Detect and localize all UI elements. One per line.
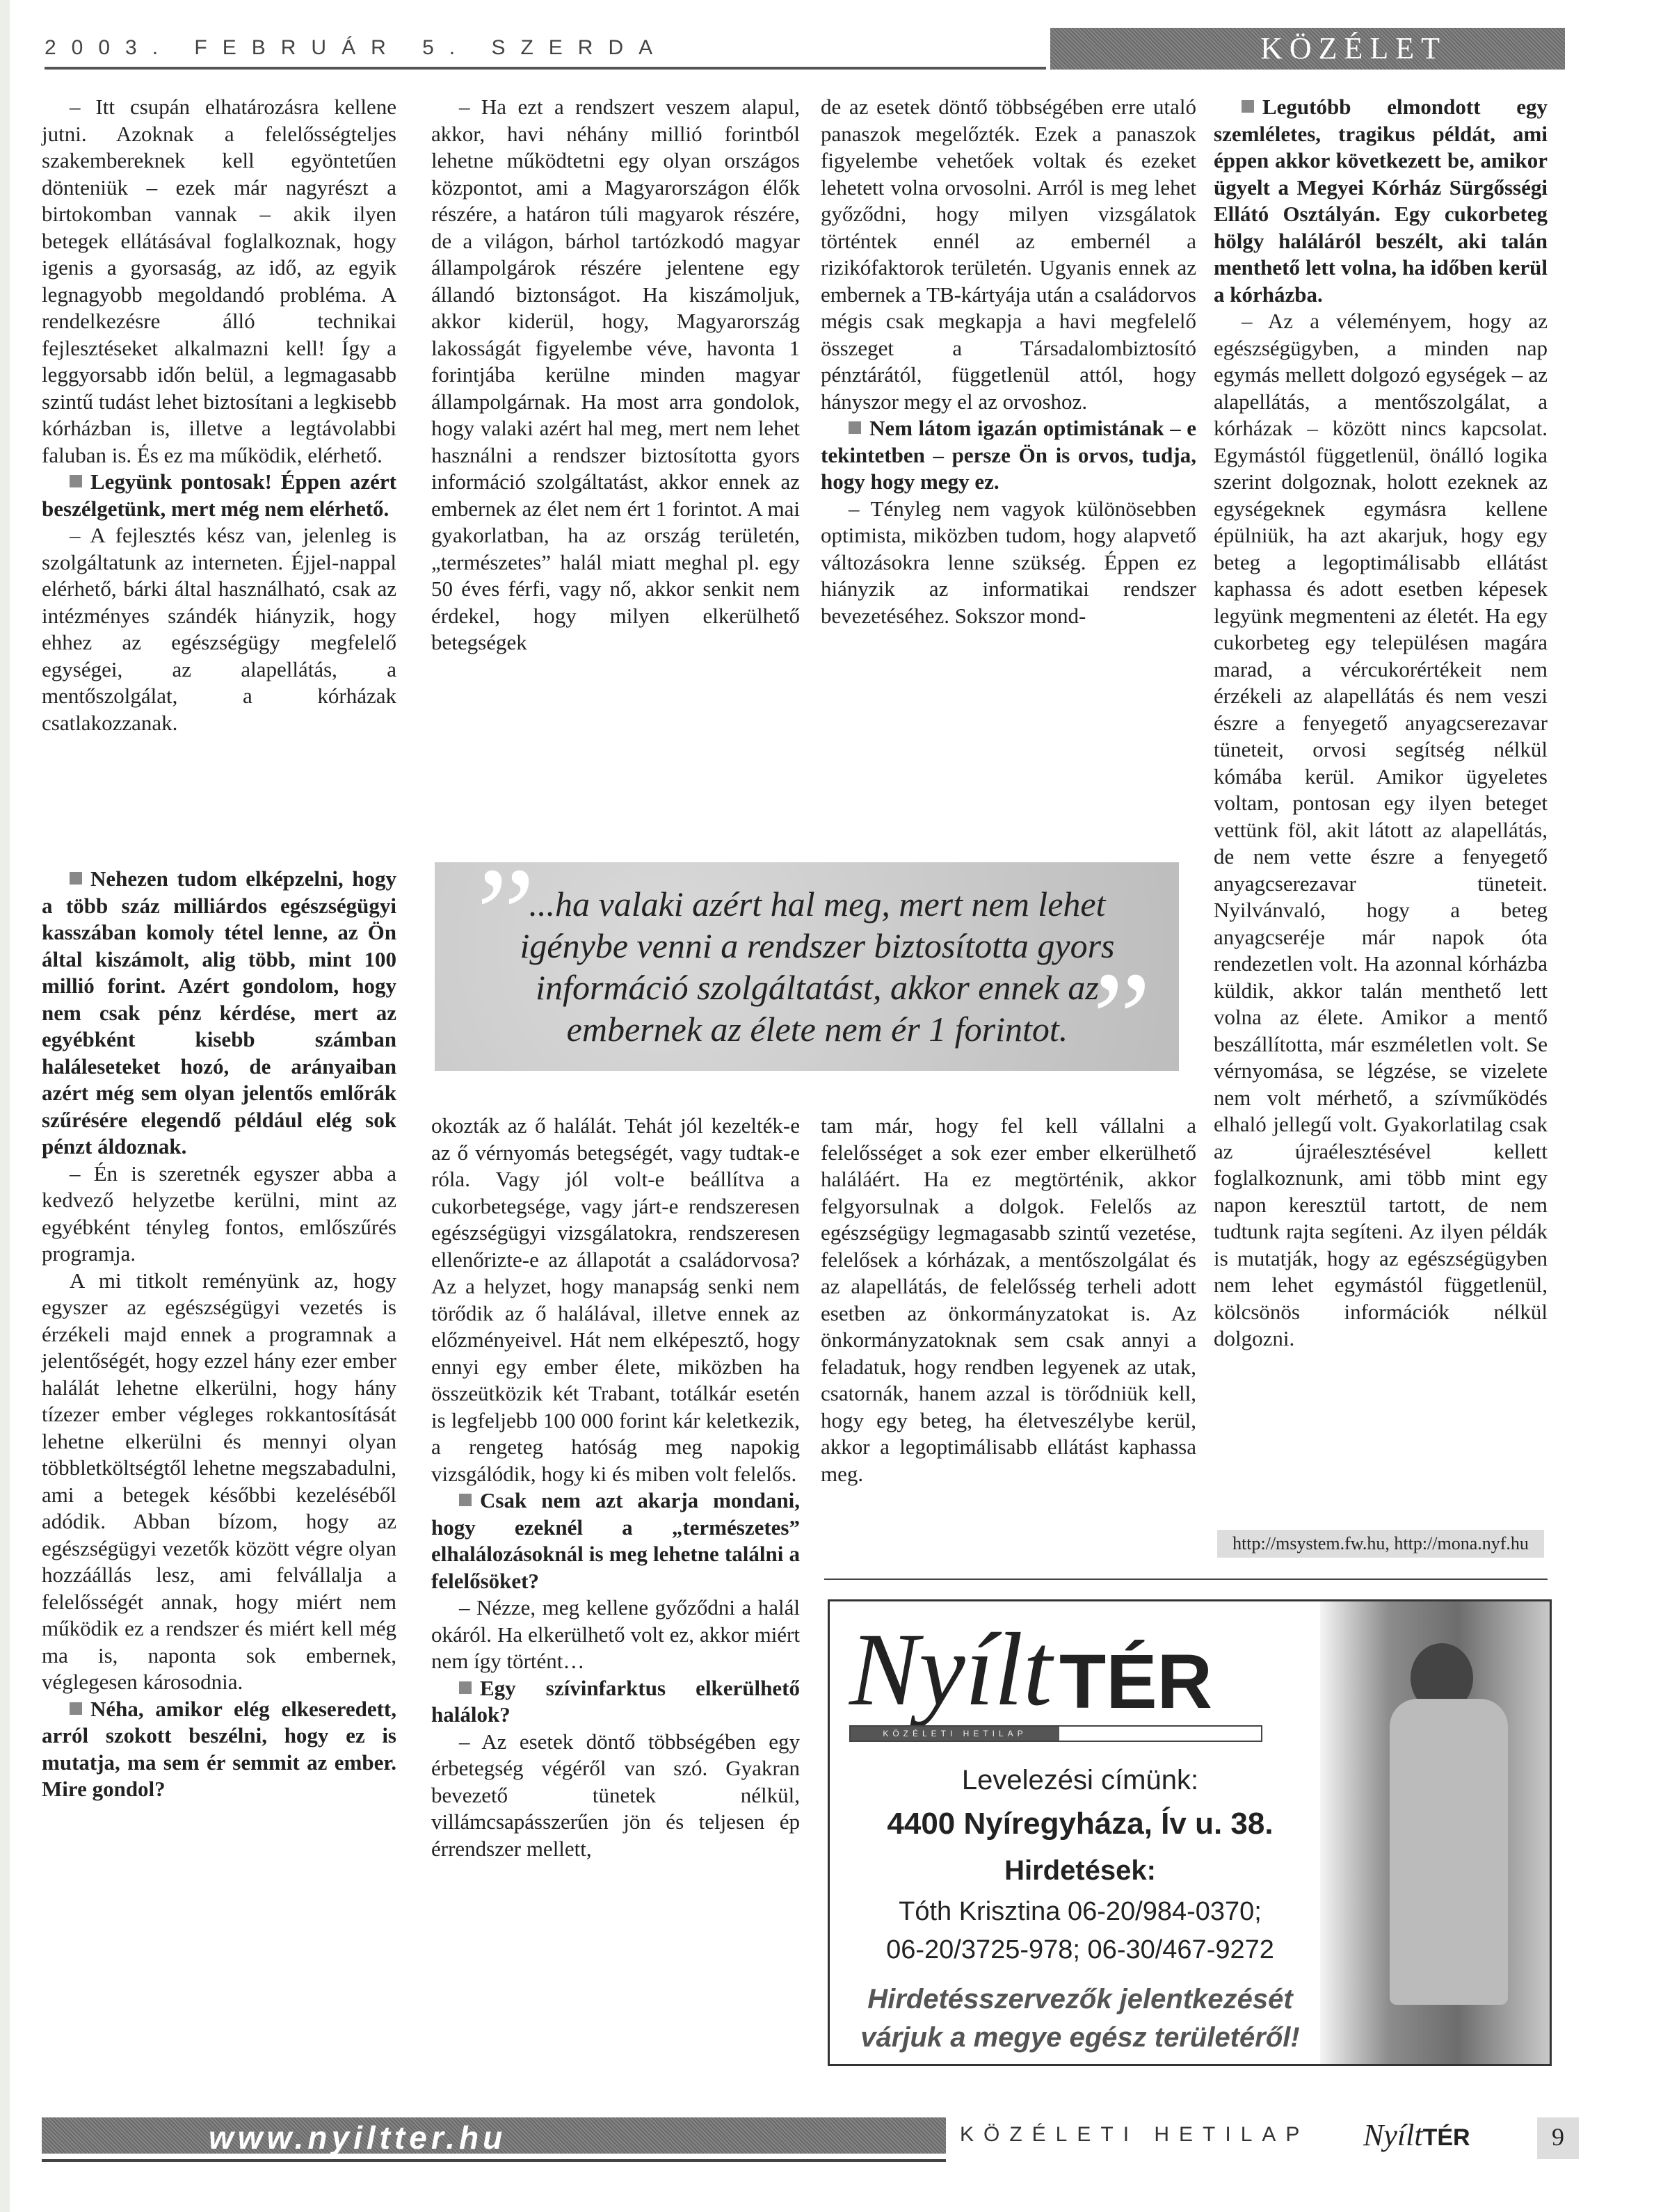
paragraph: – Az a véleményem, hogy az egészségügybe… <box>1214 308 1548 1353</box>
section-label: KÖZÉLET <box>1260 31 1447 66</box>
section-banner: KÖZÉLET <box>1050 28 1565 70</box>
paragraph-text: okozták az ő halálát. Tehát jól kezelték… <box>431 1113 800 1486</box>
question-square-icon <box>1242 100 1254 113</box>
footer-rule <box>42 2159 946 2162</box>
dateline: 2003. FEBRUÁR 5. SZERDA <box>45 36 668 60</box>
scan-edge <box>0 0 10 2212</box>
paragraph-text: Legyünk pontosak! Éppen azért beszélgetü… <box>42 469 396 521</box>
page-header: 2003. FEBRUÁR 5. SZERDA KÖZÉLET <box>42 28 1565 70</box>
ad-logo-bar: KÖZÉLETI HETILAP <box>849 1725 1262 1742</box>
ad-address: 4400 Nyíregyháza, Ív u. 38. <box>844 1807 1317 1841</box>
footer-logo-script: Nyílt <box>1363 2118 1423 2152</box>
interview-question: Egy szívinfarktus elkerülhető halálok? <box>431 1675 800 1729</box>
page-number: 9 <box>1537 2117 1579 2159</box>
ad-logo-bold: TÉR <box>1059 1638 1212 1726</box>
ad-divider <box>824 1579 1548 1580</box>
source-urls[interactable]: http://msystem.fw.hu, http://mona.nyf.hu <box>1217 1530 1544 1558</box>
question-square-icon <box>849 421 861 434</box>
pull-quote: ” ” ...ha valaki azért hal meg, mert nem… <box>435 862 1179 1071</box>
footer-url[interactable]: www.nyiltter.hu <box>209 2119 506 2156</box>
footer-url-banner: www.nyiltter.hu <box>42 2117 946 2154</box>
paragraph-text: – A fejlesztés kész van, jelenleg is szo… <box>42 523 396 735</box>
ad-photo <box>1320 1601 1550 2064</box>
interview-question: Legyünk pontosak! Éppen azért beszélgetü… <box>42 469 396 522</box>
ad-photo-person <box>1390 1699 1508 2005</box>
ad-contact-2: 06-20/3725-978; 06-30/467-9272 <box>844 1935 1317 1965</box>
paragraph: – Itt csupán elhatározásra kellene jutni… <box>42 94 396 469</box>
paragraph: – Nézze, meg kellene győződni a halál ok… <box>431 1595 800 1675</box>
question-square-icon <box>70 872 82 885</box>
ad-call-1: Hirdetésszervezők jelentkezését <box>844 1984 1317 2015</box>
paragraph-text: Csak nem azt akarja mondani, hogy ezekné… <box>431 1488 800 1593</box>
interview-question: Legutóbb elmondott egy szemléletes, trag… <box>1214 94 1548 308</box>
paragraph: de az esetek döntő többségében erre utal… <box>821 94 1196 415</box>
paragraph-text: de az esetek döntő többségében erre utal… <box>821 95 1196 414</box>
ad-logo-bar-label: KÖZÉLETI HETILAP <box>851 1727 1059 1741</box>
ad-ads-label: Hirdetések: <box>844 1855 1317 1887</box>
page-footer: www.nyiltter.hu KÖZÉLETI HETILAP NyíltTÉ… <box>42 2117 1565 2159</box>
paragraph-text: Egy szívinfarktus elkerülhető halálok? <box>431 1676 800 1727</box>
advertisement: Nyílt TÉR KÖZÉLETI HETILAP Levelezési cí… <box>828 1599 1552 2066</box>
paragraph: – Az esetek döntő többségében egy érbete… <box>431 1729 800 1863</box>
column-3-bottom: tam már, hogy fel kell vállalni a felelő… <box>821 1113 1196 1487</box>
ad-logo-script: Nyílt <box>849 1610 1052 1729</box>
ad-contact-1: Tóth Krisztina 06-20/984-0370; <box>844 1897 1317 1927</box>
question-square-icon <box>459 1681 472 1694</box>
paragraph-text: A mi titkolt reményünk az, hogy egyszer … <box>42 1268 396 1695</box>
question-square-icon <box>70 475 82 487</box>
paragraph-text: Néha, amikor elég elkeseredett, arról sz… <box>42 1697 396 1802</box>
footer-logo: NyíltTÉR <box>1363 2117 1470 2153</box>
column-4: Legutóbb elmondott egy szemléletes, trag… <box>1214 94 1548 1353</box>
column-2-top: – Ha ezt a rendszert veszem alapul, akko… <box>431 94 800 656</box>
paragraph: – Tényleg nem vagyok különösebben optimi… <box>821 496 1196 630</box>
footer-logo-bold: TÉR <box>1423 2124 1470 2151</box>
header-rule <box>45 67 1046 70</box>
paragraph-text: – Itt csupán elhatározásra kellene jutni… <box>42 95 396 467</box>
paragraph-text: – Én is szeretnék egyszer abba a kedvező… <box>42 1161 396 1266</box>
paragraph-text: – Tényleg nem vagyok különösebben optimi… <box>821 497 1196 628</box>
ad-call-2: várjuk a megye egész területéről! <box>844 2022 1317 2053</box>
interview-question: Nem látom igazán optimistának – e tekint… <box>821 415 1196 496</box>
ad-mail-label: Levelezési címünk: <box>844 1765 1317 1796</box>
column-1-bottom: Nehezen tudom elképzelni, hogy a több sz… <box>42 866 396 1803</box>
paragraph-text: – Az esetek döntő többségében egy érbete… <box>431 1729 800 1861</box>
paragraph-text: – Ha ezt a rendszert veszem alapul, akko… <box>431 95 800 654</box>
question-square-icon <box>459 1494 472 1506</box>
paragraph-text: – Az a véleményem, hogy az egészségügybe… <box>1214 309 1548 1350</box>
paragraph: – Én is szeretnék egyszer abba a kedvező… <box>42 1161 396 1268</box>
paragraph-text: Nehezen tudom elképzelni, hogy a több sz… <box>42 866 396 1159</box>
paragraph: okozták az ő halálát. Tehát jól kezelték… <box>431 1113 800 1487</box>
paragraph: – A fejlesztés kész van, jelenleg is szo… <box>42 522 396 736</box>
paragraph: A mi titkolt reményünk az, hogy egyszer … <box>42 1268 396 1696</box>
interview-question: Csak nem azt akarja mondani, hogy ezekné… <box>431 1487 800 1595</box>
paragraph-text: – Nézze, meg kellene győződni a halál ok… <box>431 1595 800 1673</box>
interview-question: Néha, amikor elég elkeseredett, arról sz… <box>42 1696 396 1803</box>
paragraph: tam már, hogy fel kell vállalni a felelő… <box>821 1113 1196 1487</box>
question-square-icon <box>70 1702 82 1715</box>
pull-quote-text: ...ha valaki azért hal meg, mert nem leh… <box>476 883 1158 1050</box>
paragraph-text: Nem látom igazán optimistának – e tekint… <box>821 416 1196 494</box>
paragraph-text: tam már, hogy fel kell vállalni a felelő… <box>821 1113 1196 1486</box>
column-2-bottom: okozták az ő halálát. Tehát jól kezelték… <box>431 1113 800 1862</box>
footer-paper-name: KÖZÉLETI HETILAP <box>960 2123 1309 2147</box>
column-1-top: – Itt csupán elhatározásra kellene jutni… <box>42 94 396 736</box>
column-3-top: de az esetek döntő többségében erre utal… <box>821 94 1196 629</box>
paragraph: – Ha ezt a rendszert veszem alapul, akko… <box>431 94 800 656</box>
paragraph-text: Legutóbb elmondott egy szemléletes, trag… <box>1214 95 1548 307</box>
interview-question: Nehezen tudom elképzelni, hogy a több sz… <box>42 866 396 1161</box>
